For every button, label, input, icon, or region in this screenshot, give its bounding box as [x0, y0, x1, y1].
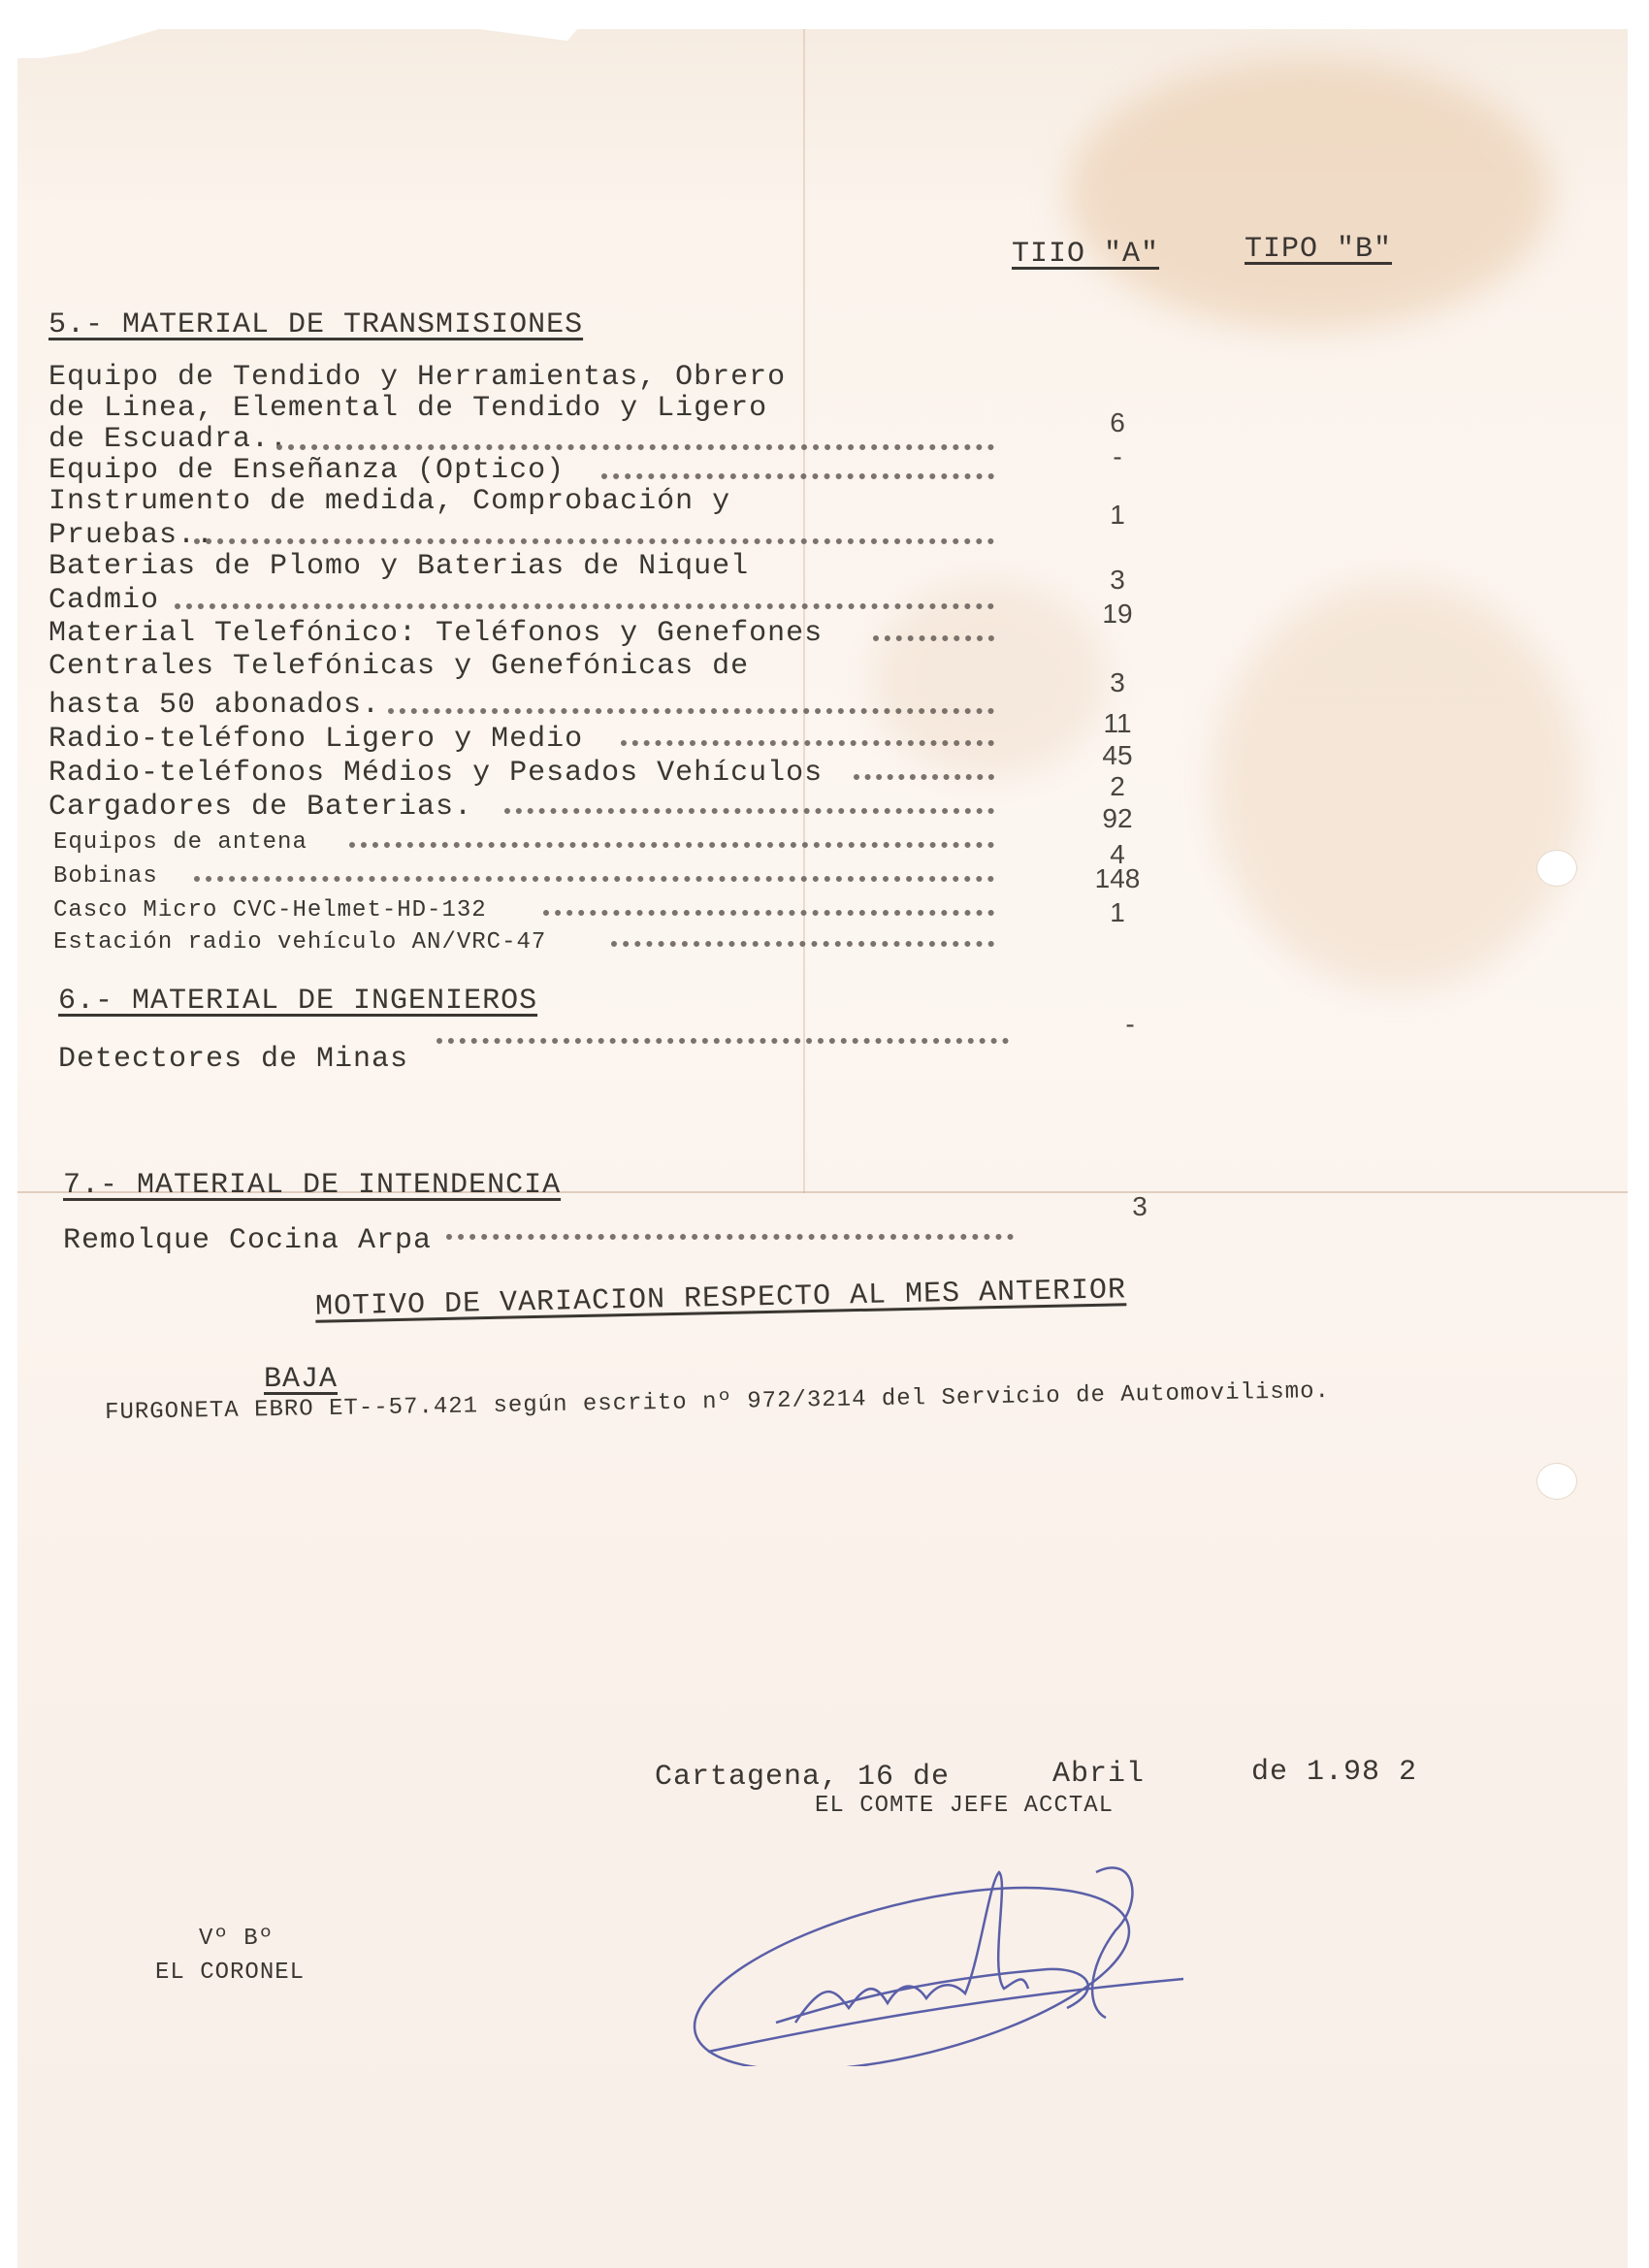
item-line: Instrumento de medida, Comprobación y — [48, 485, 730, 518]
item-line: de Linea, Elemental de Tendido y Ligero — [48, 392, 767, 425]
signer-title: EL COMTE JEFE ACCTAL — [815, 1793, 1114, 1819]
signature — [679, 1843, 1222, 2066]
dot-leader — [276, 444, 994, 450]
value-type-a: 3 — [1088, 667, 1147, 698]
water-stain — [1212, 582, 1581, 989]
value-type-a: 148 — [1088, 863, 1147, 894]
place-date: Cartagena, 16 de — [655, 1761, 950, 1794]
value-type-a: 2 — [1088, 771, 1147, 802]
item-line: Pruebas.. — [48, 519, 214, 552]
value-type-a: 45 — [1088, 740, 1147, 771]
water-stain — [873, 582, 1106, 776]
dot-leader — [543, 910, 994, 916]
item-line: Estación radio vehículo AN/VRC-47 — [53, 929, 546, 956]
value-type-a: 1 — [1088, 500, 1147, 531]
item-line: Equipos de antena — [53, 829, 307, 856]
variation-subtitle: BAJA — [264, 1363, 338, 1396]
dot-leader — [873, 635, 994, 641]
column-header-type-b: TIPO "B" — [1245, 233, 1392, 266]
value-type-a: 11 — [1088, 708, 1147, 739]
item-line: Radio-teléfono Ligero y Medio — [48, 723, 583, 756]
item-line: de Escuadra.. — [48, 423, 288, 456]
item-line: Remolque Cocina Arpa — [63, 1224, 432, 1257]
approval-label: Vº Bº — [199, 1926, 274, 1952]
item-line: Radio-teléfonos Médios y Pesados Vehícul… — [48, 757, 823, 790]
item-line: Cadmio — [48, 584, 159, 617]
dot-leader — [194, 538, 994, 544]
item-line: Centrales Telefónicas y Genefónicas de — [48, 650, 749, 683]
value-type-a: 3 — [1111, 1191, 1169, 1222]
dot-leader — [854, 774, 994, 780]
water-stain — [1067, 58, 1552, 330]
item-line: Equipo de Tendido y Herramientas, Obrero — [48, 361, 786, 394]
dot-leader — [611, 941, 994, 947]
punch-hole — [1536, 850, 1577, 887]
item-line: Casco Micro CVC-Helmet-HD-132 — [53, 897, 487, 923]
item-line: Bobinas — [53, 863, 158, 890]
dot-leader — [194, 876, 994, 882]
dot-leader — [504, 808, 994, 814]
section-heading-transmisiones: 5.- MATERIAL DE TRANSMISIONES — [48, 308, 583, 341]
item-line: Equipo de Enseñanza (Optico) — [48, 454, 565, 487]
value-type-a: - — [1101, 1009, 1159, 1040]
approval-title: EL CORONEL — [155, 1960, 305, 1986]
item-line: hasta 50 abonados. — [48, 689, 380, 722]
value-type-a: 6 — [1088, 407, 1147, 438]
value-type-a: - — [1088, 441, 1147, 472]
dot-leader — [175, 603, 994, 609]
item-line: Baterias de Plomo y Baterias de Niquel — [48, 550, 749, 583]
date-year: de 1.98 2 — [1251, 1756, 1417, 1789]
dot-leader — [349, 842, 994, 848]
date-month: Abril — [1052, 1758, 1145, 1791]
section-heading-intendencia: 7.- MATERIAL DE INTENDENCIA — [63, 1169, 561, 1202]
value-type-a: 92 — [1088, 803, 1147, 834]
item-line: Material Telefónico: Teléfonos y Genefon… — [48, 617, 823, 650]
dot-leader — [446, 1234, 1014, 1240]
dot-leader — [388, 708, 994, 714]
item-line: Detectores de Minas — [58, 1043, 408, 1076]
column-header-type-a: TIIO "A" — [1012, 238, 1159, 271]
punch-hole — [1536, 1463, 1577, 1500]
fold-line-vertical — [803, 29, 805, 1193]
value-type-a: 1 — [1088, 897, 1147, 928]
value-type-a: 19 — [1088, 599, 1147, 630]
value-type-a: 3 — [1088, 565, 1147, 596]
dot-leader — [436, 1038, 1009, 1044]
item-line: Cargadores de Baterias. — [48, 791, 472, 824]
dot-leader — [601, 473, 994, 479]
section-heading-ingenieros: 6.- MATERIAL DE INGENIEROS — [58, 985, 537, 1018]
dot-leader — [621, 740, 994, 746]
